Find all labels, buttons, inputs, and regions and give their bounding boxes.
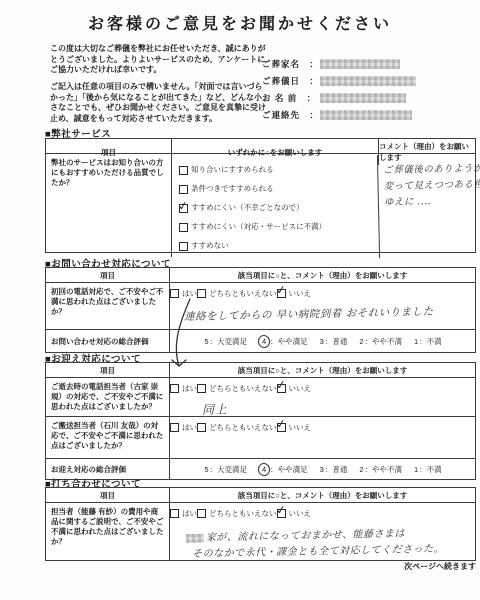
option-hard-misfortune: ✓ すすめにくい（不幸ごとなので） <box>179 202 373 216</box>
question-text: 担当者（能藤 有紗）の費用や商品に関するご説明で、ご不安やご不満に思われた点はご… <box>46 503 169 560</box>
checkbox[interactable]: ✓ <box>170 384 179 393</box>
table-header-row: 項目 該当項目に○と、コメント（理由）をお願いします <box>46 488 475 502</box>
checkbox[interactable]: ✓ <box>179 242 188 251</box>
rating-text: ：大変満足 <box>209 465 247 474</box>
checkbox[interactable]: ✓ <box>197 423 206 432</box>
rating-scale: 5：大変満足 4：やや満足 3：普通 2：やや不満 1：不満 <box>169 330 475 352</box>
field-name: お 名 前 ： <box>262 89 416 106</box>
choice-neutral: ✓ どちらともいえない <box>197 382 277 396</box>
checkbox[interactable]: ✓ <box>197 509 206 518</box>
rating-2[interactable]: 2：やや不満 <box>358 336 402 347</box>
option-recommend: ✓ 知り合いにすすめられる <box>179 164 373 178</box>
answer-cell: ✓ はい ✓ どちらともいえない ✓ いいえ <box>169 417 475 458</box>
choice-label: はい <box>182 383 197 394</box>
choice-neutral: ✓ どちらともいえない <box>197 421 277 435</box>
checkbox[interactable]: ✓ <box>277 289 286 298</box>
checkbox[interactable]: ✓ <box>197 384 206 393</box>
pickup-table: 項目 該当項目に○と、コメント（理由）をお願いします ご逝去時の電話担当者（古家… <box>45 362 476 480</box>
checkbox[interactable]: ✓ <box>277 423 286 432</box>
option-label: すすめない <box>191 241 229 251</box>
field-contact: ご連絡先 ： <box>262 106 416 123</box>
options-cell: ✓ 知り合いにすすめられる ✓ 条件つきですすめられる ✓ すすめにくい（不幸ご… <box>171 154 378 257</box>
check-mark-icon: ✓ <box>177 197 189 214</box>
rating-text: ：不満 <box>419 465 442 474</box>
meeting-question-row: 担当者（能藤 有紗）の費用や商品に関するご説明で、ご不安やご不満に思われた点はご… <box>46 502 475 560</box>
option-no-recommend: ✓ すすめない <box>179 240 373 254</box>
rating-text: ：普通 <box>325 337 348 346</box>
check-mark-icon: ✓ <box>275 502 287 517</box>
inquiry-rating-row: お問い合わせ対応の総合評価 5：大変満足 4：やや満足 3：普通 2：やや不満 … <box>46 329 475 352</box>
meeting-table: 項目 該当項目に○と、コメント（理由）をお願いします 担当者（能藤 有紗）の費用… <box>45 487 476 561</box>
choice-no: ✓ いいえ <box>277 507 312 521</box>
customer-info-block: ご葬家名 ： ご葬儀日 ： お 名 前 ： ご連絡先 ： <box>262 55 416 123</box>
pickup-question-row-1: ご逝去時の電話担当者（古家 崇規）の対応で、ご不安やご不満に思われた点はございま… <box>46 377 475 416</box>
option-label: 条件つきですすめられる <box>191 184 274 194</box>
comment-line: ゆえに .... <box>384 193 480 211</box>
choice-label: どちらともいえない <box>209 288 277 299</box>
choice-label: いいえ <box>289 288 312 299</box>
field-label: ご葬家名 ： <box>262 58 320 70</box>
question-text: 弊社のサービスはお知り合いの方にもおすすめいただける品質でしたか？ <box>46 154 171 257</box>
rating-1[interactable]: 1：不満 <box>413 336 442 347</box>
table-header-row: 項目 該当項目に○と、コメント（理由）をお願いします <box>46 268 475 282</box>
choice-line: ✓ はい ✓ どちらともいえない ✓ いいえ <box>170 417 475 434</box>
header-detail: 該当項目に○と、コメント（理由）をお願いします <box>169 488 475 503</box>
choice-label: どちらともいえない <box>209 383 277 394</box>
redacted-value <box>320 110 412 120</box>
header-item: 項目 <box>46 363 169 378</box>
rating-text: ：大変満足 <box>209 337 247 346</box>
service-question-row: 弊社のサービスはお知り合いの方にもおすすめいただける品質でしたか？ ✓ 知り合い… <box>46 153 475 252</box>
answer-cell: ✓ はい ✓ どちらともいえない ✓ いいえ 同上 <box>169 378 475 416</box>
intro-paragraph-2: ご記入は任意の項目のみで構いません。「対面では言いづらかった」「後から気になるこ… <box>50 82 266 125</box>
handwritten-comment: ご葬儀後のありようが 変って見えつつある世間 ゆえに .... <box>377 153 480 259</box>
redacted-value <box>320 76 416 86</box>
answer-cell: ✓ はい ✓ どちらともいえない ✓ いいえ 家が、流れになっておまかせ、能藤さ… <box>169 503 475 560</box>
choice-line: ✓ はい ✓ どちらともいえない ✓ いいえ <box>170 503 475 520</box>
option-hard-dissatisfied: ✓ すすめにくい（対応・サービスに不満） <box>179 221 373 235</box>
inquiry-question-row: 初回の電話対応で、ご不安やご不満に思われた点はございましたか？ ✓ はい ✓ ど… <box>46 282 475 329</box>
choice-yes: ✓ はい <box>170 382 197 396</box>
rating-4[interactable]: 4：やや満足 <box>258 463 308 476</box>
option-label: すすめにくい（対応・サービスに不満） <box>191 222 326 232</box>
choice-no: ✓ いいえ <box>277 382 312 396</box>
choice-label: はい <box>182 288 197 299</box>
choice-label: いいえ <box>289 383 312 394</box>
rating-text: ：やや満足 <box>270 337 308 346</box>
checkbox[interactable]: ✓ <box>179 166 188 175</box>
checkbox[interactable]: ✓ <box>277 509 286 518</box>
choice-line: ✓ はい ✓ どちらともいえない ✓ いいえ <box>170 283 475 300</box>
choice-label: はい <box>182 422 197 433</box>
rating-text: ：普通 <box>325 465 348 474</box>
next-page-note: 次ページへ続きます <box>45 561 476 572</box>
checkbox[interactable]: ✓ <box>179 204 188 213</box>
header-item: 項目 <box>46 268 169 283</box>
pickup-question-row-2: ご搬送担当者（石川 友哉）の対応で、ご不安やご不満に思われた点はございましたか？… <box>46 416 475 458</box>
rating-text: ：やや不満 <box>365 465 403 474</box>
comment-text: 家が、流れになっておまかせ、能藤さまは <box>206 528 405 543</box>
service-table: 項目 いずれかに○をお願いします コメント（理由）をお願いします 弊社のサービス… <box>45 138 476 253</box>
rating-5[interactable]: 5：大変満足 <box>203 464 247 475</box>
choice-label: いいえ <box>289 508 312 519</box>
choice-neutral: ✓ どちらともいえない <box>197 507 277 521</box>
comment-line: 変って見えつつある世間 <box>383 177 480 195</box>
field-label: ご連絡先 ： <box>262 109 320 121</box>
choice-no: ✓ いいえ <box>277 421 312 435</box>
question-text: ご搬送担当者（石川 友哉）の対応で、ご不安やご不満に思われた点はございましたか？ <box>46 417 169 458</box>
choice-yes: ✓ はい <box>170 421 197 435</box>
choice-yes: ✓ はい <box>170 507 197 521</box>
redacted-value <box>320 93 406 103</box>
table-header-row: 項目 いずれかに○をお願いします コメント（理由）をお願いします <box>46 139 475 153</box>
inquiry-table: 項目 該当項目に○と、コメント（理由）をお願いします 初回の電話対応で、ご不安や… <box>45 267 476 353</box>
choice-yes: ✓ はい <box>170 287 197 301</box>
checkbox[interactable]: ✓ <box>179 185 188 194</box>
rating-3[interactable]: 3：普通 <box>319 336 348 347</box>
rating-text: ：不満 <box>419 337 442 346</box>
option-label: すすめにくい（不幸ごとなので） <box>191 203 304 213</box>
choice-no: ✓ いいえ <box>277 287 312 301</box>
choice-line: ✓ はい ✓ どちらともいえない ✓ いいえ <box>170 378 475 395</box>
checkbox[interactable]: ✓ <box>277 384 286 393</box>
question-text: 初回の電話対応で、ご不安やご不満に思われた点はございましたか？ <box>46 283 169 329</box>
choice-label: どちらともいえない <box>209 422 277 433</box>
table-header-row: 項目 該当項目に○と、コメント（理由）をお願いします <box>46 363 475 377</box>
option-label: 知り合いにすすめられる <box>191 165 274 175</box>
option-recommend-conditional: ✓ 条件つきですすめられる <box>179 183 373 197</box>
rating-1[interactable]: 1：不満 <box>413 464 442 475</box>
checkbox[interactable]: ✓ <box>179 223 188 232</box>
answer-cell: ✓ はい ✓ どちらともいえない ✓ いいえ 連絡をしてからの 早い病院到着 お… <box>169 283 475 329</box>
rating-2[interactable]: 2：やや不満 <box>358 464 402 475</box>
choice-label: はい <box>182 508 197 519</box>
question-text: ご逝去時の電話担当者（古家 崇規）の対応で、ご不安やご不満に思われた点はございま… <box>46 378 169 416</box>
field-label: ご葬儀日 ： <box>262 75 320 87</box>
check-mark-icon: ✓ <box>275 282 287 297</box>
checkbox[interactable]: ✓ <box>170 423 179 432</box>
rating-5[interactable]: 5：大変満足 <box>203 336 247 347</box>
field-label: お 名 前 ： <box>262 92 320 104</box>
field-family-name: ご葬家名 ： <box>262 55 416 72</box>
header-detail: 該当項目に○と、コメント（理由）をお願いします <box>169 363 475 378</box>
checkbox[interactable]: ✓ <box>197 289 206 298</box>
header-item: 項目 <box>46 488 169 503</box>
checkbox[interactable]: ✓ <box>170 289 179 298</box>
comment-line: ご葬儀後のありようが <box>383 161 480 179</box>
choice-label: いいえ <box>289 422 312 433</box>
handwritten-comment: 家が、流れになっておまかせ、能藤さまは そのなかで永代・課金とも全て対応してくだ… <box>186 525 476 563</box>
redacted-word <box>186 533 204 542</box>
check-mark-icon: ✓ <box>275 416 287 431</box>
handwritten-comment: 同上 <box>202 395 475 418</box>
check-mark-icon: ✓ <box>275 377 287 392</box>
checkbox[interactable]: ✓ <box>170 509 179 518</box>
rating-text: ：やや満足 <box>270 465 308 474</box>
intro-text: この度は大切なご葬儀を弊社にお任せいただき、誠にありがとうございました。よりよい… <box>50 44 266 130</box>
choice-neutral: ✓ どちらともいえない <box>197 287 277 301</box>
handwritten-comment: 連絡をしてからの 早い病院到着 おそれいりました <box>184 303 475 324</box>
rating-scale: 5：大変満足 4：やや満足 3：普通 2：やや不満 1：不満 <box>169 459 475 479</box>
choice-label: どちらともいえない <box>209 508 277 519</box>
intro-paragraph-1: この度は大切なご葬儀を弊社にお任せいただき、誠にありがとうございました。よりよい… <box>50 44 266 76</box>
rating-label: お問い合わせ対応の総合評価 <box>46 330 169 352</box>
redacted-value <box>320 59 400 69</box>
rating-4[interactable]: 4：やや満足 <box>258 335 308 348</box>
header-detail: 該当項目に○と、コメント（理由）をお願いします <box>169 268 475 283</box>
rating-text: ：やや不満 <box>365 337 403 346</box>
rating-3[interactable]: 3：普通 <box>319 464 348 475</box>
field-funeral-date: ご葬儀日 ： <box>262 72 416 89</box>
page-title: お客様のご意見をお聞かせください <box>0 11 480 34</box>
